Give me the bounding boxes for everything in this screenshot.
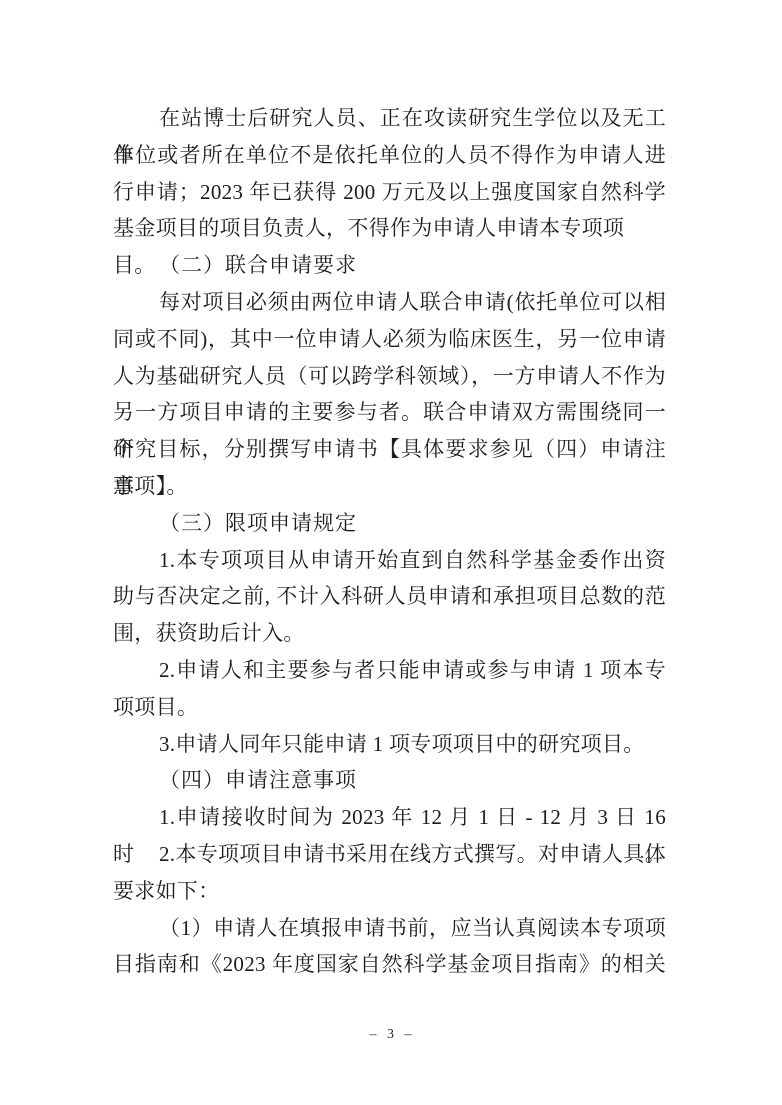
text-line: 要求如下： [113, 873, 666, 910]
text-line: 2.申请人和主要参与者只能申请或参与申请 1 项本专 [113, 652, 666, 689]
text-line: 在站博士后研究人员、正在攻读研究生学位以及无工作 [113, 100, 666, 137]
text-line: 3.申请人同年只能申请 1 项专项项目中的研究项目。 [113, 726, 666, 763]
text-line: 单位或者所在单位不是依托单位的人员不得作为申请人进 [113, 137, 666, 174]
text-line: 2.本专项项目申请书采用在线方式撰写。对申请人具体 [113, 836, 666, 873]
section-heading: （四）申请注意事项 [113, 762, 666, 799]
body-paragraph: 每对项目必须由两位申请人联合申请(依托单位可以相同或不同)，其中一位申请人必须为… [113, 284, 666, 505]
page-number: – 3 – [0, 1024, 782, 1046]
text-line: 助与否决定之前, 不计入科研人员申请和承担项目总数的范 [113, 578, 666, 615]
heading-line: （三）限项申请规定 [113, 505, 666, 542]
section-heading: （二）联合申请要求 [113, 247, 666, 284]
text-line: 1.申请接收时间为 2023 年 12 月 1 日 - 12 月 3 日 16 … [113, 799, 666, 836]
heading-line: （四）申请注意事项 [113, 762, 666, 799]
body-paragraph: 在站博士后研究人员、正在攻读研究生学位以及无工作单位或者所在单位不是依托单位的人… [113, 100, 666, 247]
text-line: 1.本专项项目从申请开始直到自然科学基金委作出资 [113, 542, 666, 579]
document-body: 在站博士后研究人员、正在攻读研究生学位以及无工作单位或者所在单位不是依托单位的人… [113, 100, 666, 983]
text-line: 同或不同)，其中一位申请人必须为临床医生，另一位申请 [113, 321, 666, 358]
section-heading: （三）限项申请规定 [113, 505, 666, 542]
text-line: 事项】。 [113, 468, 666, 505]
text-line: 人为基础研究人员（可以跨学科领域），一方申请人不作为 [113, 358, 666, 395]
body-paragraph: 3.申请人同年只能申请 1 项专项项目中的研究项目。 [113, 726, 666, 763]
text-line: 行申请；2023 年已获得 200 万元及以上强度国家自然科学 [113, 174, 666, 211]
body-paragraph: （1）申请人在填报申请书前，应当认真阅读本专项项目指南和《2023 年度国家自然… [113, 910, 666, 984]
text-line: 项项目。 [113, 689, 666, 726]
text-line: 研究目标，分别撰写申请书【具体要求参见（四）申请注意 [113, 431, 666, 468]
body-paragraph: 1.本专项项目从申请开始直到自然科学基金委作出资助与否决定之前, 不计入科研人员… [113, 542, 666, 652]
text-line: 另一方项目申请的主要参与者。联合申请双方需围绕同一个 [113, 394, 666, 431]
body-paragraph: 2.申请人和主要参与者只能申请或参与申请 1 项本专项项目。 [113, 652, 666, 726]
text-line: 基金项目的项目负责人，不得作为申请人申请本专项项目。 [113, 210, 666, 247]
text-line: （1）申请人在填报申请书前，应当认真阅读本专项项 [113, 910, 666, 947]
document-page: 在站博士后研究人员、正在攻读研究生学位以及无工作单位或者所在单位不是依托单位的人… [0, 0, 782, 1105]
text-line: 每对项目必须由两位申请人联合申请(依托单位可以相 [113, 284, 666, 321]
body-paragraph: 2.本专项项目申请书采用在线方式撰写。对申请人具体要求如下： [113, 836, 666, 910]
text-line: 围，获资助后计入。 [113, 615, 666, 652]
text-line: 目指南和《2023 年度国家自然科学基金项目指南》的相关 [113, 946, 666, 983]
heading-line: （二）联合申请要求 [113, 247, 666, 284]
body-paragraph: 1.申请接收时间为 2023 年 12 月 1 日 - 12 月 3 日 16 … [113, 799, 666, 836]
